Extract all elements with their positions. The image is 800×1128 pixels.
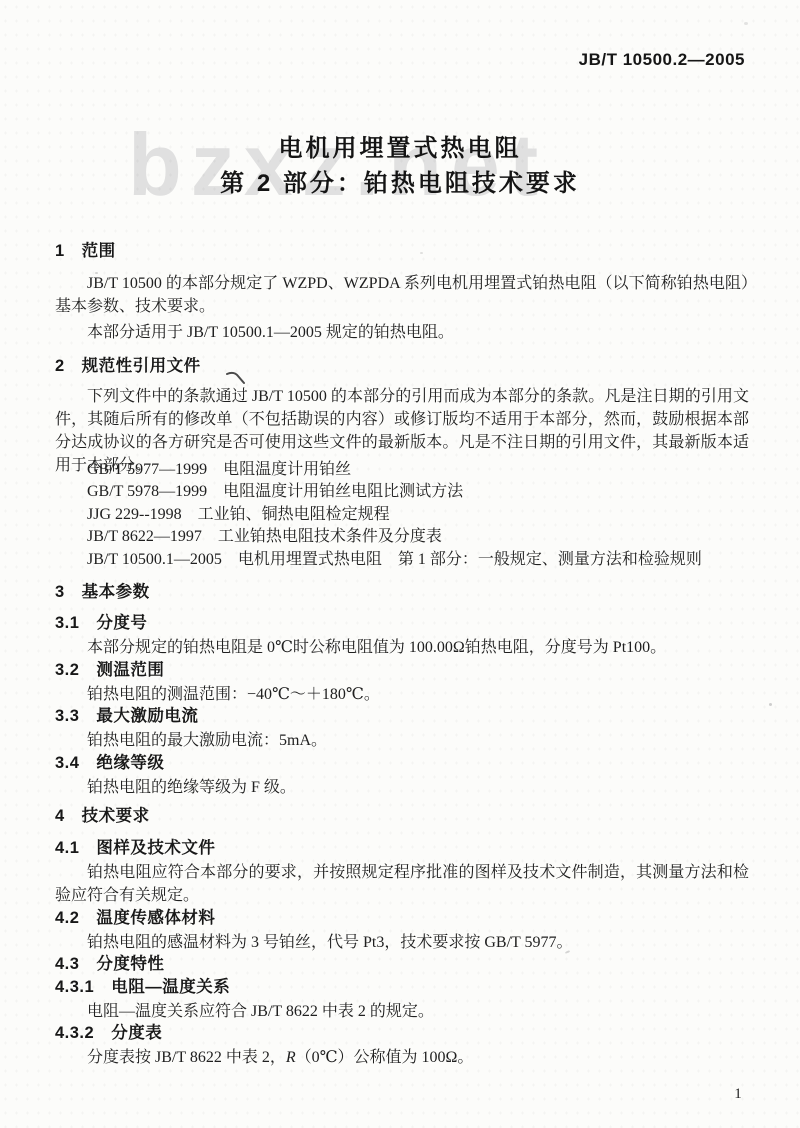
subsection-heading-3-4: 3.4 绝缘等级 [55, 753, 164, 773]
subsection-body-3-3: 铂热电阻的最大激励电流：5mA。 [55, 729, 749, 752]
standard-code: JB/T 10500.2—2005 [579, 50, 745, 70]
section-heading-normative-references: 2 规范性引用文件 [55, 356, 201, 376]
scan-speck [744, 22, 748, 25]
document-title: 电机用埋置式热电阻 第 2 部分：铂热电阻技术要求 [0, 131, 800, 201]
scan-speck [95, 272, 98, 274]
subsection-body-3-4: 铂热电阻的绝缘等级为 F 级。 [55, 776, 749, 799]
section-heading-technical-requirements: 4 技术要求 [55, 806, 150, 826]
subsection-body-3-1: 本部分规定的铂热电阻是 0℃时公称电阻值为 100.00Ω铂热电阻，分度号为 P… [55, 636, 749, 659]
resistance-symbol: R [286, 1049, 296, 1066]
scope-paragraph-2: 本部分适用于 JB/T 10500.1—2005 规定的铂热电阻。 [55, 321, 749, 344]
subsection-heading-4-3-2: 4.3.2 分度表 [55, 1023, 162, 1043]
subsection-body-4-3-2: 分度表按 JB/T 8622 中表 2，R（0℃）公称值为 100Ω。 [55, 1046, 749, 1069]
subsection-body-4-1: 铂热电阻应符合本部分的要求，并按照规定程序批准的图样及技术文件制造，其测量方法和… [55, 861, 749, 907]
document-title-line-2: 第 2 部分：铂热电阻技术要求 [0, 166, 800, 201]
subsection-heading-3-2: 3.2 测温范围 [55, 660, 164, 680]
reference-list: GB/T 5977—1999 电阻温度计用铂丝 GB/T 5978—1999 电… [55, 459, 749, 571]
subsection-heading-4-3: 4.3 分度特性 [55, 954, 164, 974]
page-number: 1 [728, 1086, 748, 1103]
document-page: bzxz.net JB/T 10500.2—2005 电机用埋置式热电阻 第 2… [0, 0, 800, 1128]
subsection-heading-4-3-1: 4.3.1 电阻—温度关系 [55, 977, 230, 997]
scan-speck [420, 252, 423, 254]
graduation-table-text: （0℃）公称值为 100Ω。 [296, 1049, 474, 1066]
reference-item: GB/T 5978—1999 电阻温度计用铂丝电阻比测试方法 [87, 481, 749, 503]
scope-paragraph-1: JB/T 10500 的本部分规定了 WZPD、WZPDA 系列电机用埋置式铂热… [55, 272, 749, 318]
subsection-heading-4-1: 4.1 图样及技术文件 [55, 838, 215, 858]
subsection-heading-3-3: 3.3 最大激励电流 [55, 706, 198, 726]
reference-item: JB/T 10500.1—2005 电机用埋置式热电阻 第 1 部分：一般规定、… [87, 549, 749, 571]
reference-item: GB/T 5977—1999 电阻温度计用铂丝 [87, 459, 749, 481]
subsection-body-4-3-1: 电阻—温度关系应符合 JB/T 8622 中表 2 的规定。 [55, 1000, 749, 1023]
scan-speck [769, 703, 772, 706]
reference-item: JB/T 8622—1997 工业铂热电阻技术条件及分度表 [87, 526, 749, 548]
graduation-table-text: 分度表按 JB/T 8622 中表 2， [87, 1049, 286, 1066]
section-heading-scope: 1 范围 [55, 241, 116, 261]
reference-item: JJG 229--1998 工业铂、铜热电阻检定规程 [87, 504, 749, 526]
subsection-heading-3-1: 3.1 分度号 [55, 613, 147, 633]
section-heading-basic-parameters: 3 基本参数 [55, 582, 150, 602]
document-title-line-1: 电机用埋置式热电阻 [0, 131, 800, 166]
subsection-body-3-2: 铂热电阻的测温范围：−40℃～＋180℃。 [55, 683, 749, 706]
subsection-body-4-2: 铂热电阻的感温材料为 3 号铂丝，代号 Pt3，技术要求按 GB/T 5977。 [55, 931, 749, 954]
pen-mark [224, 370, 252, 388]
subsection-heading-4-2: 4.2 温度传感体材料 [55, 908, 215, 928]
